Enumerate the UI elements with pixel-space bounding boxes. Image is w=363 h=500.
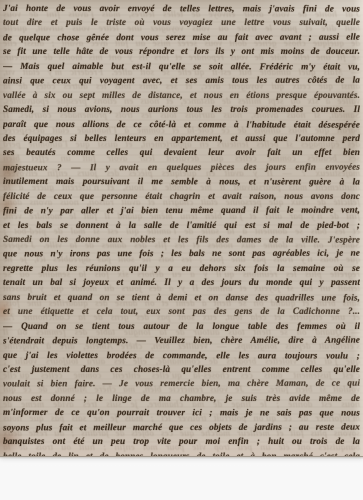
manuscript-line: félicité de ceux que personne était chag…: [3, 189, 360, 203]
manuscript-line: voulait si bien faire. — Je vous remerci…: [3, 376, 360, 391]
manuscript-line: fini de n'y par aller et j'ai bien tenu …: [3, 203, 360, 218]
manuscript-line: que j'ai les violettes brodées de comman…: [3, 347, 360, 362]
scan-background: J'ai honte de vous avoir envoyé de telle…: [0, 0, 363, 500]
scanner-blank-area: [0, 459, 363, 500]
manuscript-line: banquistes ont été un peu trop vite pour…: [3, 434, 360, 448]
manuscript-line: et une étiquette et cela tout, eux sont …: [3, 304, 360, 318]
manuscript-line: se fit une telle hâte de vous répondre e…: [3, 44, 360, 58]
manuscript-line: tenait un bal si joyeux et animé. Il y a…: [3, 275, 360, 289]
manuscript-line: soyons plus fait et meilleur marché que …: [3, 419, 360, 434]
manuscript-line: regrette plus les réunions qu'il y a eu …: [3, 261, 360, 275]
manuscript-line: sans bruit et quand on se tient à demi e…: [3, 290, 360, 305]
manuscript-line: ainsi que ceux qui voyagent avec, et ses…: [3, 73, 360, 88]
manuscript-line: et les bals se donnent à la salle de l'a…: [3, 218, 360, 232]
manuscript-line: belle toile de lin et de bonnes longueur…: [3, 449, 360, 456]
manuscript-line: des équipages si belles lenteurs en appa…: [3, 131, 360, 145]
manuscript-line: que nous n'y irons pas une fois ; les ba…: [3, 246, 360, 261]
manuscript-line: vallée à six ou sept milles de distance,…: [3, 88, 360, 102]
manuscript-line: Samedi, si nous avions, nous aurions tou…: [3, 102, 360, 116]
manuscript-line: c'est justement dans ces choses-là qu'el…: [3, 362, 360, 376]
manuscript-line: majestueux ? — Il y avait en quelques pi…: [3, 159, 360, 174]
manuscript-line: — Mais quel aimable but est-il qu'elle s…: [3, 59, 360, 74]
manuscript-line: m'informer de ce qu'on pourrait trouver …: [3, 405, 360, 420]
manuscript-line: paraît que nous allions de ce côté-là et…: [3, 116, 360, 131]
manuscript-line: s'étendrait depuis longtemps. — Veuillez…: [3, 333, 360, 348]
letter-text: J'ai honte de vous avoir envoyé de telle…: [3, 1, 360, 456]
manuscript-line: tout dire et puis le triste où vous voya…: [3, 15, 360, 29]
manuscript-line: de quelque chose gênée dont vous serez m…: [3, 30, 360, 45]
manuscript-line: Samedi on les donne aux nobles et les fi…: [3, 232, 360, 247]
manuscript-line: — Quand on se tient tous autour de la lo…: [3, 319, 360, 333]
manuscript-line: inutilement mais poursuivant il me sembl…: [3, 174, 360, 189]
manuscript-line: J'ai honte de vous avoir envoyé de telle…: [3, 1, 360, 16]
manuscript-line: ses beautés comme celles qui devaient le…: [3, 145, 360, 159]
letter-page: J'ai honte de vous avoir envoyé de telle…: [0, 0, 363, 456]
manuscript-line: nous est donné ; le linge de ma chambre,…: [3, 391, 360, 405]
